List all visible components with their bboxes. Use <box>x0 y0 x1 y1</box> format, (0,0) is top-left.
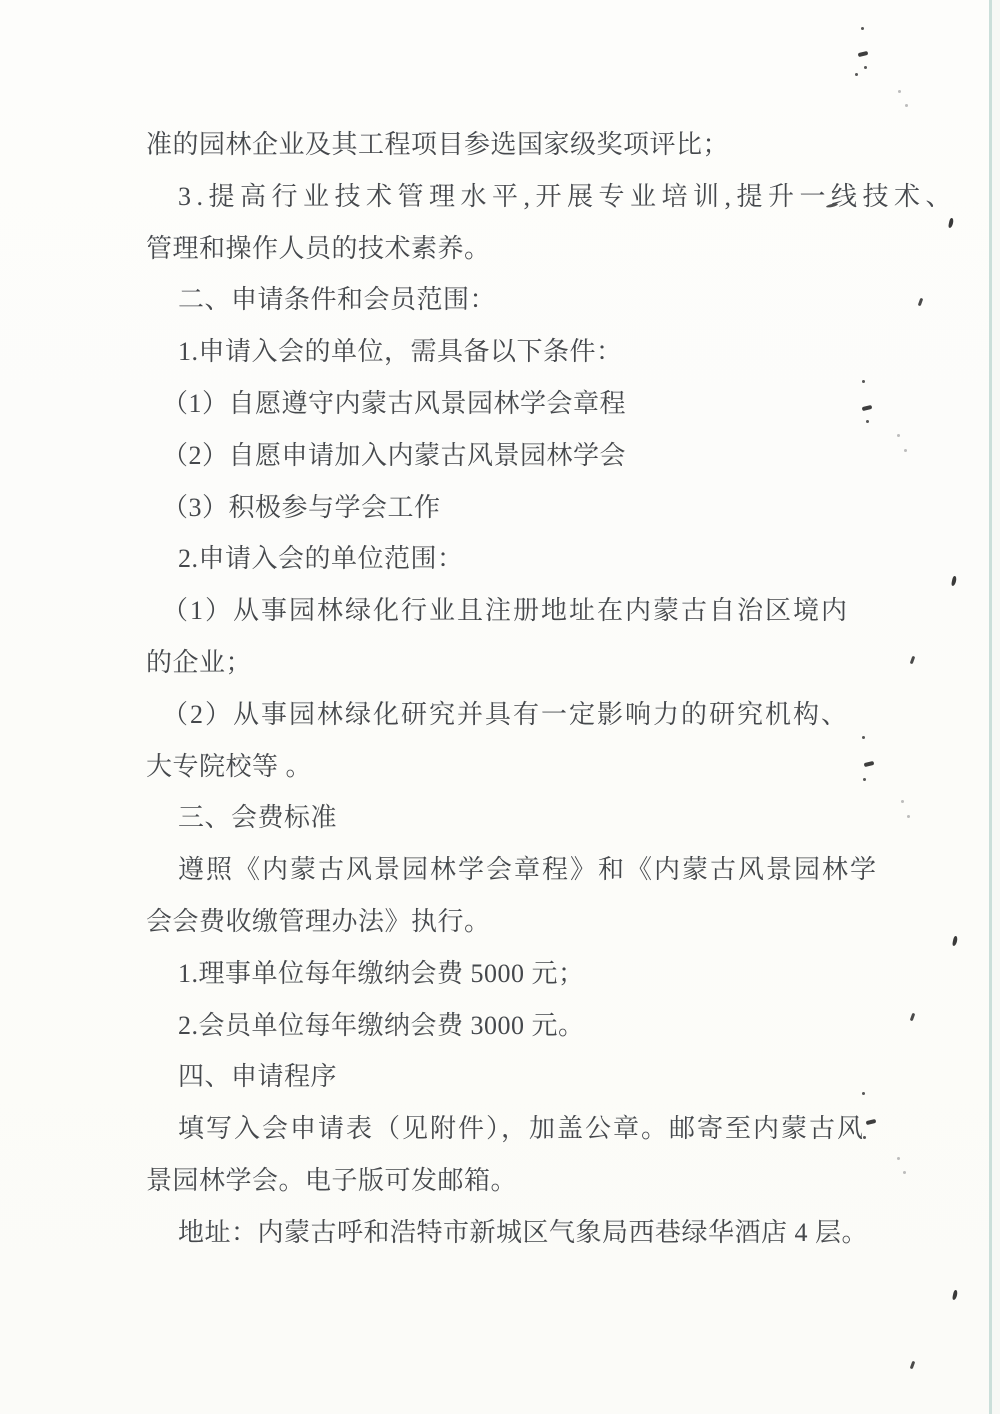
list-item: （1）自愿遵守内蒙古风景园林学会章程 <box>146 378 886 430</box>
text-line: 1.申请入会的单位，需具备以下条件： <box>146 326 886 378</box>
scanned-document-page: 准的园林企业及其工程项目参选国家级奖项评比； 3.提高行业技术管理水平,开展专业… <box>0 0 1000 1414</box>
scan-speck <box>862 736 865 739</box>
text-line: 填写入会申请表（见附件），加盖公章。邮寄至内蒙古风 <box>146 1103 886 1155</box>
scan-speck <box>862 1092 865 1095</box>
scan-speck <box>864 66 867 69</box>
list-item: （2）从事园林绿化研究并具有一定影响力的研究机构、 <box>146 689 886 741</box>
list-item: （1）从事园林绿化行业且注册地址在内蒙古自治区境内 <box>146 585 886 637</box>
scan-speck <box>898 90 901 93</box>
scan-speck <box>948 218 954 229</box>
scan-speck <box>897 434 900 437</box>
scan-speck <box>910 656 916 665</box>
scan-speck <box>905 104 908 107</box>
text-line: 大专院校等 。 <box>146 741 886 793</box>
scan-speck <box>910 1361 916 1370</box>
list-item: （2）自愿申请加入内蒙古风景园林学会 <box>146 430 886 482</box>
scan-speck <box>863 1136 866 1139</box>
text-line: 地址：内蒙古呼和浩特市新城区气象局西巷绿华酒店 4 层。 <box>146 1207 886 1259</box>
scan-speck <box>858 51 869 57</box>
text-line: 的企业； <box>146 637 886 689</box>
text-line: 景园林学会。电子版可发邮箱。 <box>146 1155 886 1207</box>
scan-speck <box>862 380 865 383</box>
text-line: 遵照《内蒙古风景园林学会章程》和《内蒙古风景园林学 <box>146 844 886 896</box>
section-heading: 四、申请程序 <box>146 1051 886 1103</box>
scan-speck <box>904 449 907 452</box>
scan-speck <box>903 1171 906 1174</box>
section-heading: 二、申请条件和会员范围： <box>146 274 886 326</box>
text-line: 会会费收缴管理办法》执行。 <box>146 896 886 948</box>
scan-speck <box>897 1157 900 1160</box>
text-line: 准的园林企业及其工程项目参选国家级奖项评比； <box>146 119 886 171</box>
scan-speck <box>907 815 910 818</box>
scan-speck <box>910 1013 916 1022</box>
text-line: 3.提高行业技术管理水平,开展专业培训,提升一线技术、 <box>146 171 886 223</box>
scan-speck <box>952 1290 958 1301</box>
scan-speck <box>866 420 869 423</box>
scan-speck <box>855 73 858 76</box>
scan-speck <box>918 298 924 307</box>
text-line: 2.申请入会的单位范围： <box>146 533 886 585</box>
scan-edge-strip <box>992 0 1000 1414</box>
section-heading: 三、会费标准 <box>146 792 886 844</box>
document-body: 准的园林企业及其工程项目参选国家级奖项评比； 3.提高行业技术管理水平,开展专业… <box>146 119 886 1259</box>
list-item: （3）积极参与学会工作 <box>146 482 886 534</box>
scan-speck <box>901 800 904 803</box>
text-line: 2.会员单位每年缴纳会费 3000 元。 <box>146 1000 886 1052</box>
scan-speck <box>951 576 957 587</box>
scan-speck <box>863 778 866 781</box>
scan-speck <box>952 936 958 947</box>
text-line: 1.理事单位每年缴纳会费 5000 元； <box>146 948 886 1000</box>
text-line: 管理和操作人员的技术素养。 <box>146 223 886 275</box>
scan-speck <box>861 27 864 30</box>
scan-edge-line <box>989 0 992 1414</box>
